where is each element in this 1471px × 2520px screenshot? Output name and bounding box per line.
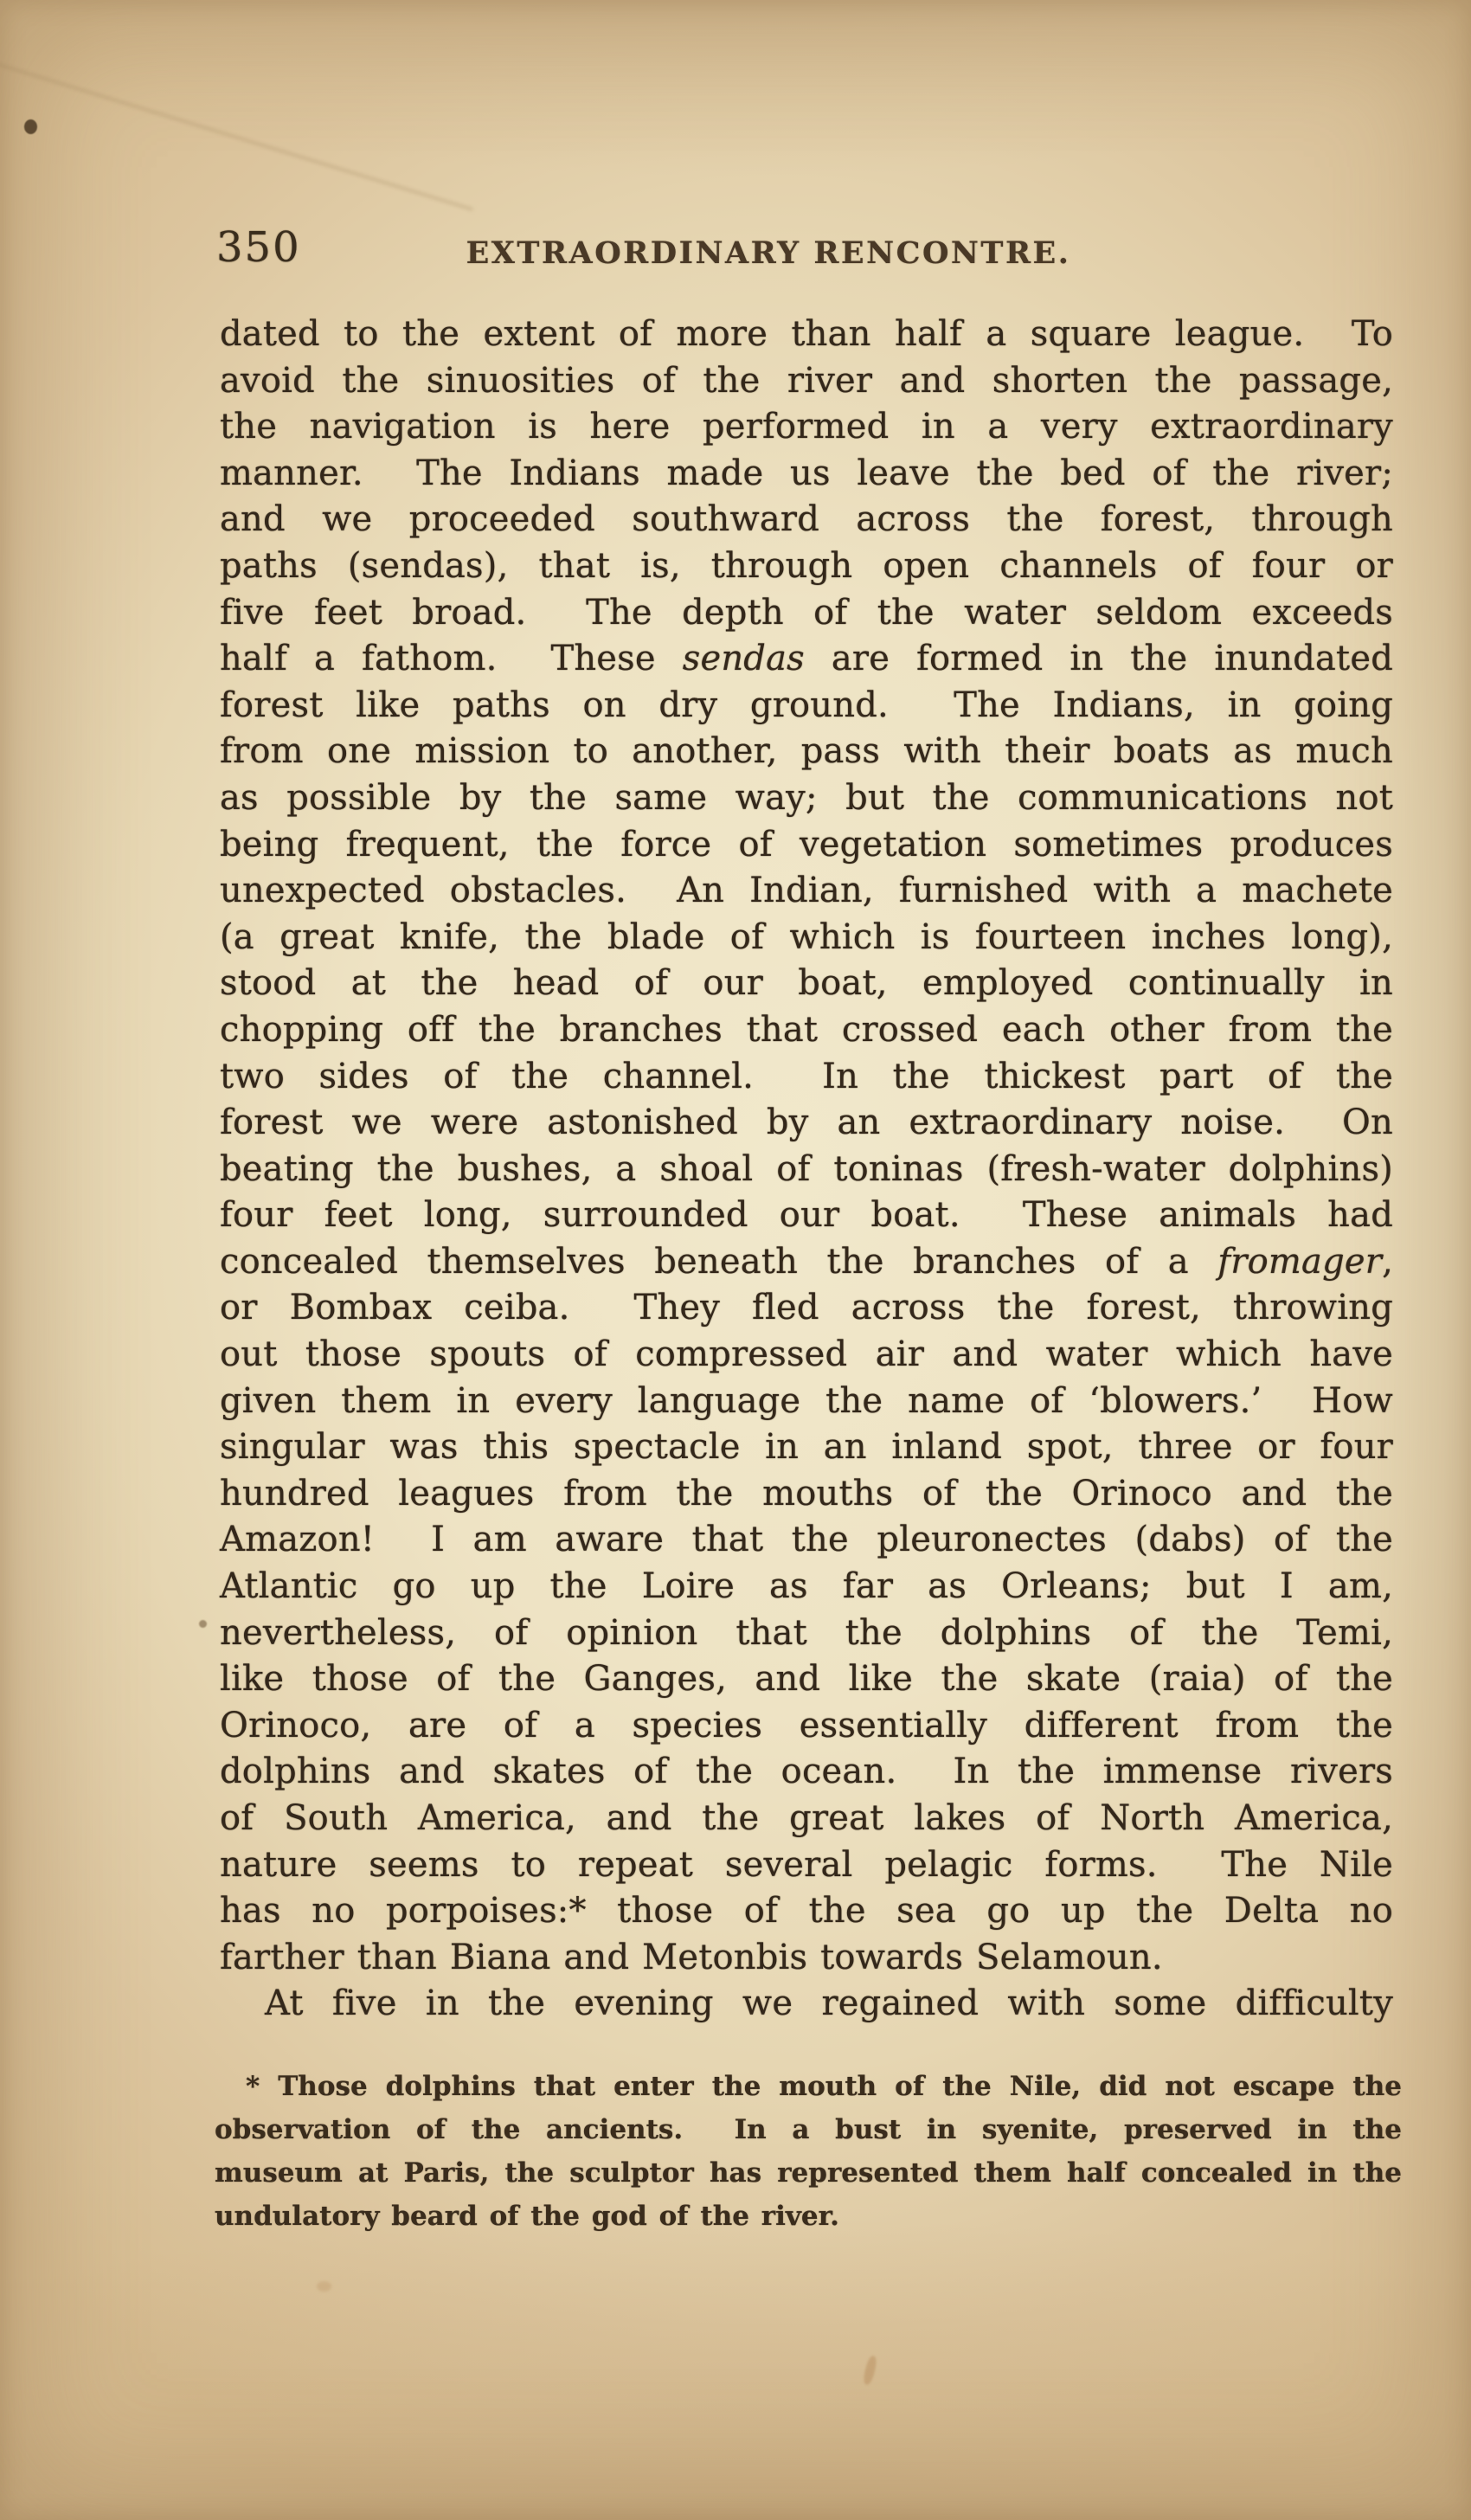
body-text-line: or Bombax ceiba. They fled across the fo… bbox=[220, 1285, 1393, 1332]
body-text-line: being frequent, the force of vegetation … bbox=[220, 822, 1393, 869]
body-text-line: has no porpoises:* those of the sea go u… bbox=[220, 1888, 1393, 1935]
body-text-line: dated to the extent of more than half a … bbox=[220, 312, 1393, 358]
footnote-line: undulatory beard of the god of the river… bbox=[215, 2195, 1402, 2238]
body-text-line: of South America, and the great lakes of… bbox=[220, 1796, 1393, 1842]
body-text-line: as possible by the same way; but the com… bbox=[220, 775, 1393, 822]
body-text-line: dolphins and skates of the ocean. In the… bbox=[220, 1749, 1393, 1796]
body-text-line: chopping off the branches that crossed e… bbox=[220, 1007, 1393, 1054]
body-text-line: avoid the sinuosities of the river and s… bbox=[220, 358, 1393, 405]
body-text-line: four feet long, surrounded our boat. The… bbox=[220, 1192, 1393, 1239]
footnote-line: * Those dolphins that enter the mouth of… bbox=[215, 2065, 1402, 2108]
body-text-line: stood at the head of our boat, employed … bbox=[220, 961, 1393, 1007]
body-text-line: manner. The Indians made us leave the be… bbox=[220, 451, 1393, 498]
scanned-book-page: 350 EXTRAORDINARY RENCONTRE. dated to th… bbox=[0, 0, 1471, 2520]
running-header: EXTRAORDINARY RENCONTRE. bbox=[33, 235, 1471, 271]
body-text-line: and we proceeded southward across the fo… bbox=[220, 497, 1393, 543]
body-text-line: singular was this spectacle in an inland… bbox=[220, 1424, 1393, 1471]
footnote-line: museum at Paris, the sculptor has repres… bbox=[215, 2151, 1402, 2195]
body-text-line: the navigation is here performed in a ve… bbox=[220, 404, 1393, 451]
ink-speck bbox=[199, 1620, 207, 1628]
body-text-line: half a fathom. These sendas are formed i… bbox=[220, 636, 1393, 683]
body-text-line: out those spouts of compressed air and w… bbox=[220, 1332, 1393, 1379]
body-text-block: dated to the extent of more than half a … bbox=[220, 312, 1393, 2028]
body-text-line: farther than Biana and Metonbis towards … bbox=[220, 1935, 1393, 1982]
body-text-line: forest like paths on dry ground. The Ind… bbox=[220, 683, 1393, 730]
body-text-line: nature seems to repeat several pelagic f… bbox=[220, 1842, 1393, 1889]
paper-crease bbox=[0, 51, 473, 210]
body-text-line: unexpected obstacles. An Indian, furnish… bbox=[220, 868, 1393, 915]
body-text-line: five feet broad. The depth of the water … bbox=[220, 590, 1393, 637]
body-text-line: Amazon! I am aware that the pleuronectes… bbox=[220, 1517, 1393, 1564]
body-text-line: beating the bushes, a shoal of toninas (… bbox=[220, 1147, 1393, 1193]
body-text-line: hundred leagues from the mouths of the O… bbox=[220, 1471, 1393, 1518]
ink-speck bbox=[24, 119, 37, 134]
body-text-line: At five in the evening we regained with … bbox=[220, 1981, 1393, 2028]
paper-stain bbox=[862, 2355, 878, 2386]
body-text-line: forest we were astonished by an extraord… bbox=[220, 1100, 1393, 1147]
body-text-line: like those of the Ganges, and like the s… bbox=[220, 1656, 1393, 1703]
body-text-line: (a great knife, the blade of which is fo… bbox=[220, 915, 1393, 961]
body-text-line: nevertheless, of opinion that the dolphi… bbox=[220, 1610, 1393, 1657]
body-text-line: Orinoco, are of a species essentially di… bbox=[220, 1703, 1393, 1750]
footnote-block: * Those dolphins that enter the mouth of… bbox=[215, 2065, 1402, 2238]
paper-stain bbox=[317, 2281, 331, 2292]
body-text-line: Atlantic go up the Loire as far as Orlea… bbox=[220, 1564, 1393, 1610]
body-text-line: given them in every language the name of… bbox=[220, 1379, 1393, 1425]
body-text-line: two sides of the channel. In the thickes… bbox=[220, 1054, 1393, 1101]
body-text-line: from one mission to another, pass with t… bbox=[220, 729, 1393, 775]
body-text-line: concealed themselves beneath the branche… bbox=[220, 1239, 1393, 1286]
footnote-line: observation of the ancients. In a bust i… bbox=[215, 2108, 1402, 2151]
body-text-line: paths (sendas), that is, through open ch… bbox=[220, 543, 1393, 590]
